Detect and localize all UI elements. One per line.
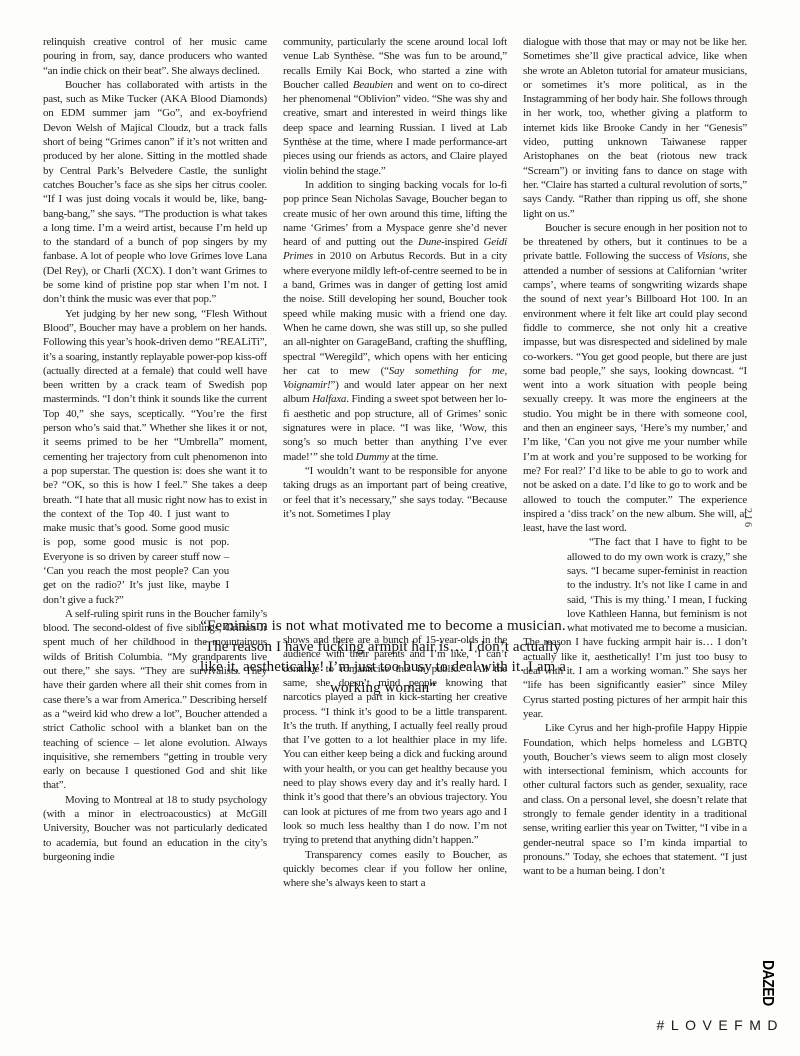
article-paragraph: Boucher has collaborated with artists in… xyxy=(43,78,267,307)
pull-quote-wrap-spacer xyxy=(229,507,267,607)
lovefmd-hashtag: #LOVEFMD xyxy=(657,1017,784,1033)
article-paragraph: Boucher is secure enough in her position… xyxy=(523,221,747,536)
article-column-1: relinquish creative control of her music… xyxy=(43,35,267,993)
article-paragraph: relinquish creative control of her music… xyxy=(43,35,267,78)
page-number: 216 xyxy=(742,508,753,529)
article-column-3: dialogue with those that may or may not … xyxy=(523,35,747,993)
magazine-page: relinquish creative control of her music… xyxy=(0,0,800,1056)
article-paragraph: dialogue with those that may or may not … xyxy=(523,35,747,221)
article-body: relinquish creative control of her music… xyxy=(43,35,800,993)
article-paragraph: In addition to singing backing vocals fo… xyxy=(283,178,507,464)
article-paragraph: Like Cyrus and her high-profile Happy Hi… xyxy=(523,721,747,878)
article-paragraph: Moving to Montreal at 18 to study psycho… xyxy=(43,793,267,864)
pull-quote: “Feminism is not what motivated me to be… xyxy=(193,616,573,698)
article-paragraph: “I wouldn’t want to be responsible for a… xyxy=(283,464,507,521)
article-column-2: community, particularly the scene around… xyxy=(283,35,507,993)
dazed-logo: DAZED xyxy=(760,960,778,1006)
article-paragraph: community, particularly the scene around… xyxy=(283,35,507,178)
article-paragraph: Transparency comes easily to Boucher, as… xyxy=(283,848,507,891)
article-paragraph: Yet judging by her new song, “Flesh With… xyxy=(43,307,267,607)
